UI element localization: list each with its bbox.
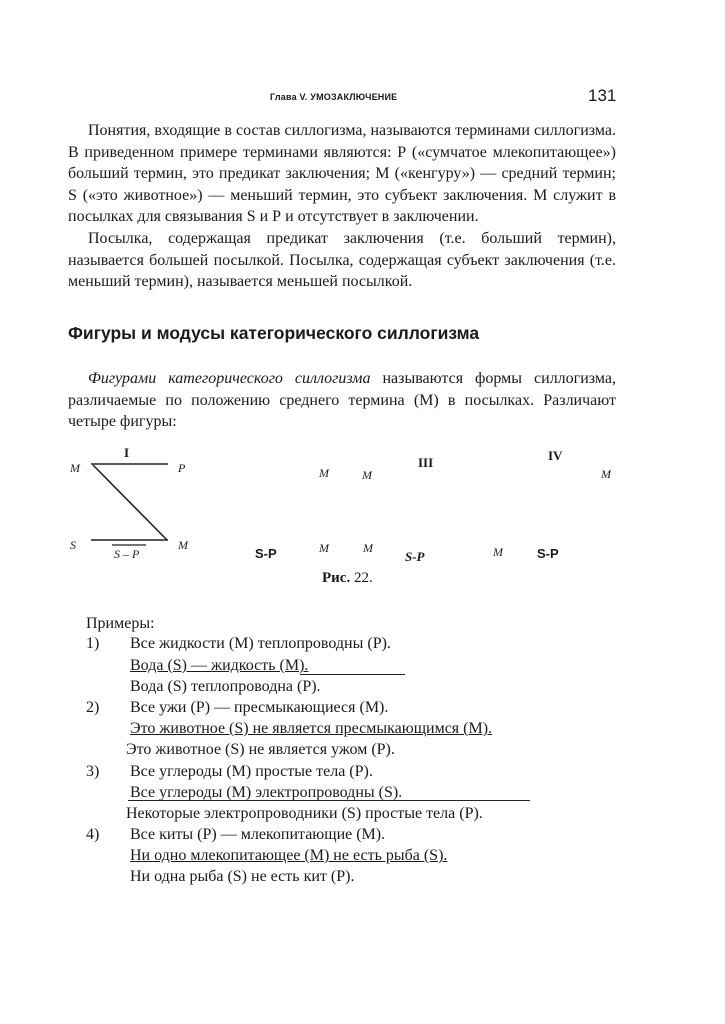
figure-2-bottom-left: M [319,541,329,556]
figure-4-conclusion: S-P [537,546,559,561]
figure-1-lines [0,0,725,600]
major-premise: Все ужи (P) — пресмыкающиеся (M). [130,698,388,719]
example-number: 3) [86,762,99,783]
figure-3-conclusion: S-P [405,549,425,565]
major-premise: Все киты (P) — млекопитающие (M). [130,825,385,846]
figure-caption: Рис. 22. [322,570,373,587]
example-number: 1) [86,634,99,655]
conclusion: Это животное (S) не является ужом (P). [126,740,395,761]
figure-4-top-right: M [601,467,611,482]
caption-label: Рис. [322,570,350,586]
conclusion: Ни одна рыба (S) не есть кит (P). [130,867,354,888]
caption-number: 22. [354,570,373,586]
example-number: 4) [86,825,99,846]
conclusion: Некоторые электропроводники (S) простые … [126,804,483,825]
major-premise: Все углероды (M) простые тела (P). [130,762,373,783]
figure-syllogism-figures: I M P S M S – P M M M M S-P III S-P IV M… [0,0,725,600]
figure-2-conclusion: S-P [255,546,277,561]
figure-2-top-right: M [362,468,372,483]
minor-premise: Ни одно млекопитающее (M) не есть рыба (… [130,846,447,867]
premise-divider [300,674,405,675]
conclusion: Вода (S) теплопроводна (P). [130,677,321,698]
major-premise: Все жидкости (M) теплопроводны (P). [130,634,391,655]
figure-4-bottom-left: M [493,545,503,560]
figure-4-numeral: IV [548,448,562,464]
examples-title: Примеры: [86,614,155,635]
figure-2-bottom-right: M [363,541,373,556]
example-number: 2) [86,698,99,719]
figure-2-top-left: M [319,466,329,481]
minor-premise: Вода (S) — жидкость (M). [130,656,308,677]
figure-3-numeral: III [418,455,433,471]
minor-premise: Это животное (S) не является пресмыкающи… [130,719,492,740]
premise-divider [128,800,530,801]
